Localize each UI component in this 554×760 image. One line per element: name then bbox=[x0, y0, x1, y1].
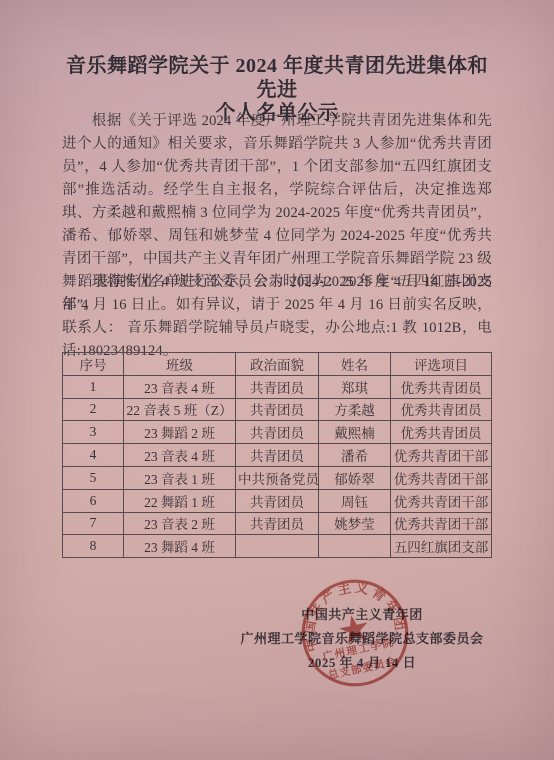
document-page: 音乐舞蹈学院关于 2024 年度共青团先进集体和先进 个人名单公示 根据《关于评… bbox=[0, 0, 554, 760]
cell-political-status: 共青团员 bbox=[236, 375, 319, 398]
cell-index: 3 bbox=[63, 421, 124, 444]
cell-political-status: 共青团员 bbox=[236, 489, 319, 512]
cell-political-status: 共青团员 bbox=[236, 398, 319, 421]
cell-political-status bbox=[236, 535, 319, 558]
cell-index: 8 bbox=[63, 535, 124, 558]
cell-political-status: 共青团员 bbox=[236, 421, 319, 444]
org-name-line-2: 广州理工学院音乐舞蹈学院总支部委员会 bbox=[222, 627, 502, 651]
table-row: 2 22 音表 5 班（Z） 共青团员 方柔越 优秀共青团员 bbox=[63, 398, 492, 421]
cell-name: 戴熙楠 bbox=[319, 421, 391, 444]
cell-award: 优秀共青团员 bbox=[391, 421, 492, 444]
table-row: 8 23 舞蹈 4 班 五四红旗团支部 bbox=[63, 535, 492, 558]
cell-class: 22 舞蹈 1 班 bbox=[124, 489, 236, 512]
org-name-line-1: 中国共产主义青年团 bbox=[222, 603, 502, 627]
cell-class: 22 音表 5 班（Z） bbox=[124, 398, 236, 421]
cell-award: 优秀共青团干部 bbox=[391, 466, 492, 489]
table-row: 4 23 音表 4 班 共青团员 潘希 优秀共青团干部 bbox=[63, 444, 492, 467]
cell-index: 7 bbox=[63, 512, 124, 535]
cell-award: 优秀共青团干部 bbox=[391, 489, 492, 512]
signature-block: 中国共产主义青年团 广州理工学院音乐舞蹈学院总支部委员会 2025 年 4 月 … bbox=[222, 603, 502, 675]
cell-award: 优秀共青团干部 bbox=[391, 444, 492, 467]
cell-index: 1 bbox=[63, 375, 124, 398]
cell-award: 优秀共青团员 bbox=[391, 398, 492, 421]
table-header-award: 评选项目 bbox=[391, 353, 492, 376]
cell-class: 23 音表 1 班 bbox=[124, 466, 236, 489]
cell-name: 姚梦莹 bbox=[319, 512, 391, 535]
cell-award: 优秀共青团干部 bbox=[391, 512, 492, 535]
cell-name bbox=[319, 535, 391, 558]
table-header-row: 序号 班级 政治面貌 姓名 评选项目 bbox=[63, 353, 492, 376]
cell-political-status: 中共预备党员 bbox=[236, 466, 319, 489]
cell-name: 郁娇翠 bbox=[319, 466, 391, 489]
cell-index: 2 bbox=[63, 398, 124, 421]
cell-name: 潘希 bbox=[319, 444, 391, 467]
cell-index: 4 bbox=[63, 444, 124, 467]
cell-political-status: 共青团员 bbox=[236, 512, 319, 535]
cell-class: 23 舞蹈 4 班 bbox=[124, 535, 236, 558]
table-header-name: 姓名 bbox=[319, 353, 391, 376]
cell-class: 23 音表 4 班 bbox=[124, 375, 236, 398]
table-row: 3 23 舞蹈 2 班 共青团员 戴熙楠 优秀共青团员 bbox=[63, 421, 492, 444]
title-line-1: 音乐舞蹈学院关于 2024 年度共青团先进集体和先进 bbox=[62, 55, 492, 102]
signature-date: 2025 年 4 月 14 日 bbox=[222, 651, 502, 675]
table-header-class: 班级 bbox=[124, 353, 236, 376]
cell-class: 23 音表 4 班 bbox=[124, 444, 236, 467]
cell-class: 23 舞蹈 2 班 bbox=[124, 421, 236, 444]
cell-index: 6 bbox=[63, 489, 124, 512]
cell-index: 5 bbox=[63, 466, 124, 489]
cell-award: 优秀共青团员 bbox=[391, 375, 492, 398]
table-header-political-status: 政治面貌 bbox=[236, 353, 319, 376]
publicity-paragraph: 现将推优名单进行公示，公示时间为：2025 年 4 月 14 日-2025 年 … bbox=[62, 271, 492, 363]
cell-name: 郑琪 bbox=[319, 375, 391, 398]
nomination-table: 序号 班级 政治面貌 姓名 评选项目 1 23 音表 4 班 共青团员 郑琪 优… bbox=[62, 352, 492, 558]
cell-class: 23 音表 2 班 bbox=[124, 512, 236, 535]
table-row: 6 22 舞蹈 1 班 共青团员 周钰 优秀共青团干部 bbox=[63, 489, 492, 512]
table-row: 5 23 音表 1 班 中共预备党员 郁娇翠 优秀共青团干部 bbox=[63, 466, 492, 489]
table-row: 7 23 音表 2 班 共青团员 姚梦莹 优秀共青团干部 bbox=[63, 512, 492, 535]
cell-name: 周钰 bbox=[319, 489, 391, 512]
cell-political-status: 共青团员 bbox=[236, 444, 319, 467]
cell-name: 方柔越 bbox=[319, 398, 391, 421]
table-header-index: 序号 bbox=[63, 353, 124, 376]
table-row: 1 23 音表 4 班 共青团员 郑琪 优秀共青团员 bbox=[63, 375, 492, 398]
cell-award: 五四红旗团支部 bbox=[391, 535, 492, 558]
